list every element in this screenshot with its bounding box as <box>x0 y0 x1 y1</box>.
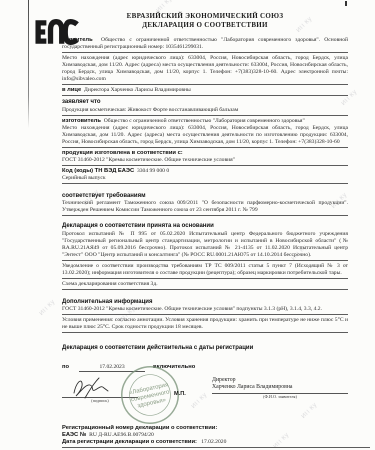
declaration-document: ИП КуИП КуИП КуИП КуИП КуИП КуИП КуИП Ку… <box>0 0 375 450</box>
declares-heading: заявляет что <box>62 99 348 107</box>
applicant-row: Заявитель Общество с ограниченной ответс… <box>62 37 348 51</box>
form-rule <box>62 447 370 448</box>
manufacturer-label: изготовитель <box>62 118 101 124</box>
manufacturer-row: изготовитель Общество с ограниченной отв… <box>62 118 348 125</box>
scan-artifact-mark <box>345 1 347 6</box>
represented-by-label: в лице <box>62 87 81 93</box>
accordance-label: продукция изготовлена в соответствии с: <box>62 150 348 157</box>
document-content: ЕВРАЗИЙСКИЙ ЭКОНОМИЧЕСКИЙ СОЮЗ ДЕКЛАРАЦИ… <box>62 12 348 450</box>
tnved-label: Код (коды) ТН ВЭД ЕАЭС <box>62 168 134 174</box>
additional-paragraph-2: Условия применения: согласно аннотации. … <box>62 317 348 331</box>
conformity-heading: соответствует требованиям <box>62 193 348 201</box>
eac-logo-icon <box>34 17 80 47</box>
spacer <box>62 218 348 220</box>
validity-po-label: по <box>62 364 69 370</box>
manufacturer-name: Общество с ограниченной ответственностью… <box>104 118 305 124</box>
eaes-label: ЕАЭС № <box>62 432 86 438</box>
tnved-row: Код (коды) ТН ВЭД ЕАЭС 3304 99 000 0 <box>62 168 348 175</box>
conformity-text: Технический регламент Таможенного союза … <box>62 200 348 214</box>
basis-heading: Декларация о соответствии принята на осн… <box>62 223 348 231</box>
form-rule <box>62 215 348 216</box>
registration-block: Регистрационный номер декларации о соотв… <box>62 425 348 448</box>
form-rule <box>62 165 348 166</box>
spacer <box>62 186 348 190</box>
director-name: Харченко Лариса Владимировна <box>212 384 348 392</box>
represented-by-row: в лице Директора Харченко Ларисы Владими… <box>62 87 348 94</box>
applicant-name: Общество с ограниченной ответственностью… <box>62 37 348 50</box>
mp-label: М.П. <box>174 391 186 397</box>
director-caption: (Ф.И.О. заявителя) <box>212 394 348 399</box>
form-rule <box>62 147 348 148</box>
form-rule <box>62 314 348 315</box>
title-line-2: ДЕКЛАРАЦИЯ О СООТВЕТСТВИИ <box>62 21 348 30</box>
document-title: ЕВРАЗИЙСКИЙ ЭКОНОМИЧЕСКИЙ СОЮЗ ДЕКЛАРАЦИ… <box>62 12 348 30</box>
basis-paragraph-2: Уведомление о соответствии производства … <box>62 263 348 277</box>
basis-paragraph-3: Схема декларирования соответствия 3д. <box>62 281 348 288</box>
registration-date: 17.02.2020 <box>201 439 226 445</box>
accordance-value: ГОСТ 31460-2012 "Кремы косметические. Об… <box>62 157 348 164</box>
spacer <box>62 292 348 296</box>
form-rule <box>62 183 348 184</box>
validity-heading: Декларация о соответствии действительна … <box>62 345 348 353</box>
signature-block: (подпись) «Лаборатория современного здор… <box>62 376 348 422</box>
form-rule <box>62 95 348 96</box>
registration-date-row: Дата регистрации декларации о соответств… <box>62 439 348 446</box>
applicant-address: Место нахождения (адрес юридического лиц… <box>62 55 348 83</box>
product-row: Продукция косметическая: Живокост Форте … <box>62 107 348 114</box>
form-rule <box>62 332 348 333</box>
registration-date-label: Дата регистрации декларации о соответств… <box>62 439 197 445</box>
form-rule <box>62 115 348 116</box>
registration-number: RU Д-RU.АЕ96.В.00794/20 <box>89 432 154 438</box>
director-area: Директор Харченко Лариса Владимировна (Ф… <box>212 377 348 399</box>
title-line-1: ЕВРАЗИЙСКИЙ ЭКОНОМИЧЕСКИЙ СОЮЗ <box>62 12 348 21</box>
spacer <box>62 335 348 341</box>
basis-paragraph-1: Протокол испытаний № П 995 от 05.02.2020… <box>62 231 348 259</box>
manufacturer-address: Место нахождения (адрес юридического лиц… <box>62 125 348 146</box>
tnved-code: 3304 99 000 0 <box>137 168 169 174</box>
represented-by-value: Директора Харченко Ларисы Владимировны <box>84 87 191 93</box>
form-rule <box>62 52 348 53</box>
form-rule <box>62 289 348 290</box>
additional-info-heading: Дополнительная информация <box>62 299 348 307</box>
registration-number-row: ЕАЭС № RU Д-RU.АЕ96.В.00794/20 <box>62 432 348 439</box>
company-stamp-icon: «Лаборатория современного здоровья» <box>120 365 180 425</box>
form-rule <box>62 260 348 261</box>
release-type: Серийный выпуск <box>62 175 348 182</box>
additional-paragraph-1: ГОСТ 31460-2012 "Кремы косметические. Об… <box>62 306 348 313</box>
header: ЕВРАЗИЙСКИЙ ЭКОНОМИЧЕСКИЙ СОЮЗ ДЕКЛАРАЦИ… <box>62 12 348 30</box>
form-rule <box>62 84 348 85</box>
scan-edge-line <box>28 0 29 128</box>
form-rule <box>62 278 348 279</box>
watermark-text: ИП Ку <box>39 299 57 317</box>
registration-number-label: Регистрационный номер декларации о соотв… <box>62 425 348 432</box>
director-title: Директор <box>212 377 348 385</box>
validity-row: по17.02.2023включительно <box>62 355 348 373</box>
